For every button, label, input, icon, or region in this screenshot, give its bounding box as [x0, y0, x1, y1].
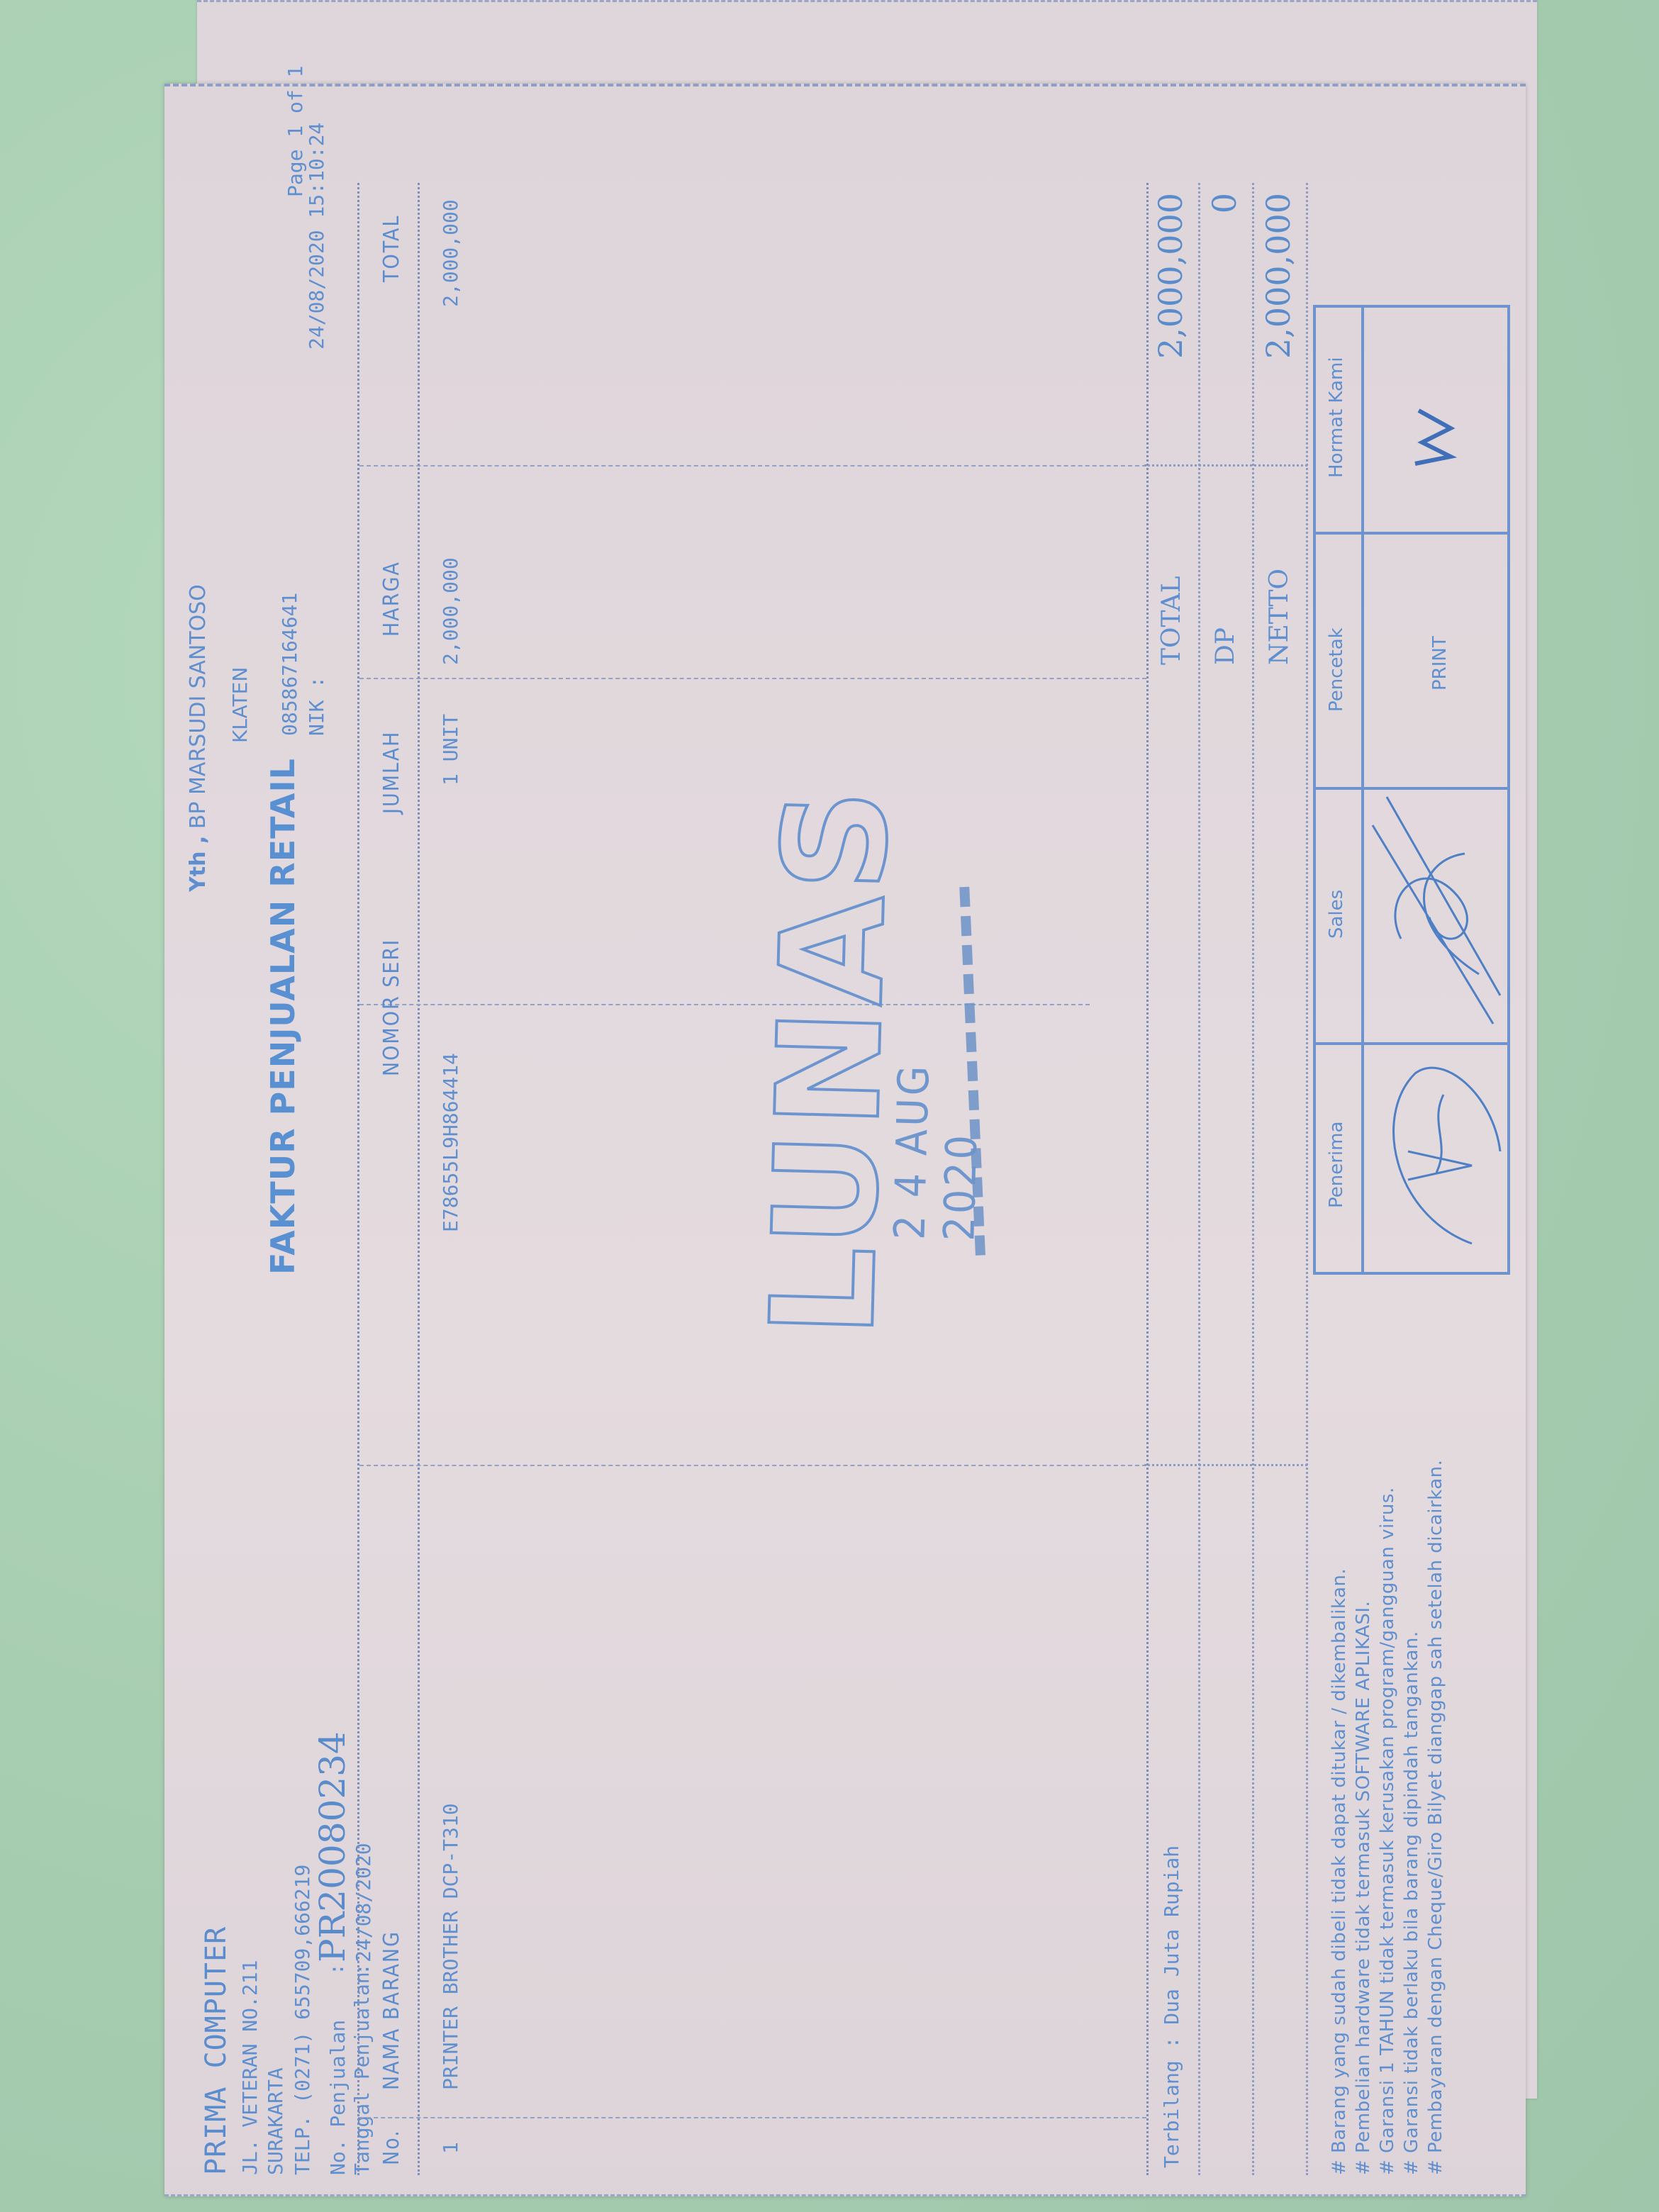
company-phone: TELP. (0271) 655709,666219	[291, 1865, 314, 2175]
row-harga: 2,000,000	[439, 557, 462, 665]
printed-timestamp: 24/08/2020 15:10:24	[305, 123, 328, 350]
page-indicator: Page 1 of 1	[284, 66, 307, 197]
customer-phone: 085867164641	[278, 593, 301, 736]
customer-city: KLATEN	[228, 667, 252, 743]
invoice-wrapper: PRIMA COMPUTER JL. VETERAN NO.211 SURAKA…	[164, 84, 1526, 2196]
note-item: # Pembelian hardware tidak termasuk SOFT…	[1351, 1460, 1375, 2175]
header-nama-barang: NAMA BARANG	[379, 1931, 404, 2090]
signature-sales-icon	[1358, 783, 1507, 1038]
summary-divider	[1144, 1464, 1307, 1466]
column-divider	[359, 678, 1146, 679]
signature-penerima-icon	[1365, 1045, 1507, 1258]
pencetak-value: PRINT	[1429, 636, 1451, 691]
summary-row-netto: NETTO 2,000,000	[1252, 183, 1308, 2175]
summary-row-total: Terbilang : Dua Juta Rupiah TOTAL 2,000,…	[1144, 183, 1200, 2175]
invoice-sheet: PRIMA COMPUTER JL. VETERAN NO.211 SURAKA…	[164, 84, 1526, 2196]
company-city: SURAKARTA	[264, 2067, 287, 2175]
customer-prefix: Yth ,	[186, 836, 211, 892]
sale-number-label: No. Penjualan	[326, 2020, 350, 2175]
summary-section: Terbilang : Dua Juta Rupiah TOTAL 2,000,…	[1144, 183, 1307, 2175]
signature-label-sales: Sales	[1326, 890, 1347, 939]
total-value: 2,000,000	[1151, 193, 1190, 359]
invoice-title: FAKTUR PENJUALAN RETAIL	[264, 758, 302, 1275]
note-item: # Pembayaran dengan Cheque/Giro Bilyet d…	[1424, 1460, 1448, 2175]
signature-label-pencetak: Pencetak	[1326, 627, 1347, 712]
row-no: 1	[439, 2142, 462, 2154]
signature-box: Penerima Sales Pencetak Hormat Kami PRIN…	[1313, 305, 1510, 1275]
total-label: TOTAL	[1157, 576, 1186, 665]
dp-value: 0	[1205, 193, 1244, 213]
customer-name: BP MARSUDI SANTOSO	[186, 584, 211, 829]
row-total: 2,000,000	[439, 199, 462, 307]
column-divider	[359, 465, 1146, 467]
row-nama-barang: PRINTER BROTHER DCP-T310	[439, 1803, 462, 2090]
paid-stamp: LUNAS 2 4 AUG 2020	[741, 938, 1049, 1343]
column-divider	[359, 2117, 1146, 2118]
summary-divider	[1144, 464, 1307, 467]
customer-line: Yth , BP MARSUDI SANTOSO	[186, 584, 211, 892]
summary-row-dp: DP 0	[1198, 183, 1254, 2175]
row-nomor-seri: E78655L9H864414	[439, 1053, 462, 1232]
signature-label-penerima: Penerima	[1326, 1122, 1347, 1208]
header-jumlah: JUMLAH	[379, 731, 404, 814]
header-total: TOTAL	[379, 215, 404, 282]
company-address: JL. VETERAN NO.211	[238, 1960, 262, 2175]
header-harga: HARGA	[379, 561, 404, 637]
header-nomor-seri: NOMOR SERI	[379, 939, 404, 1076]
customer-nik: NIK :	[305, 676, 328, 736]
signature-hormat-kami-icon	[1401, 393, 1465, 478]
sale-number-value: PR20080234	[312, 1731, 353, 1962]
column-divider	[359, 1465, 1146, 1466]
note-item: # Barang yang sudah dibeli tidak dapat d…	[1327, 1460, 1351, 2175]
terms-notes: # Barang yang sudah dibeli tidak dapat d…	[1327, 1460, 1448, 2175]
note-item: # Garansi 1 TAHUN tidak termasuk kerusak…	[1375, 1460, 1400, 2175]
dp-label: DP	[1211, 627, 1240, 665]
colon: :	[325, 1963, 348, 1975]
company-name: PRIMA COMPUTER	[200, 1926, 233, 2175]
note-item: # Garansi tidak berlaku bila barang dipi…	[1400, 1460, 1424, 2175]
amount-in-words: Terbilang : Dua Juta Rupiah	[1160, 1845, 1183, 2168]
signature-divider	[1316, 532, 1507, 535]
row-jumlah: 1 UNIT	[439, 714, 462, 786]
signature-label-hormat-kami: Hormat Kami	[1326, 357, 1347, 479]
netto-value: 2,000,000	[1259, 193, 1297, 359]
header-divider	[418, 183, 420, 2175]
header-no: No.	[379, 2129, 404, 2165]
netto-label: NETTO	[1265, 569, 1294, 665]
